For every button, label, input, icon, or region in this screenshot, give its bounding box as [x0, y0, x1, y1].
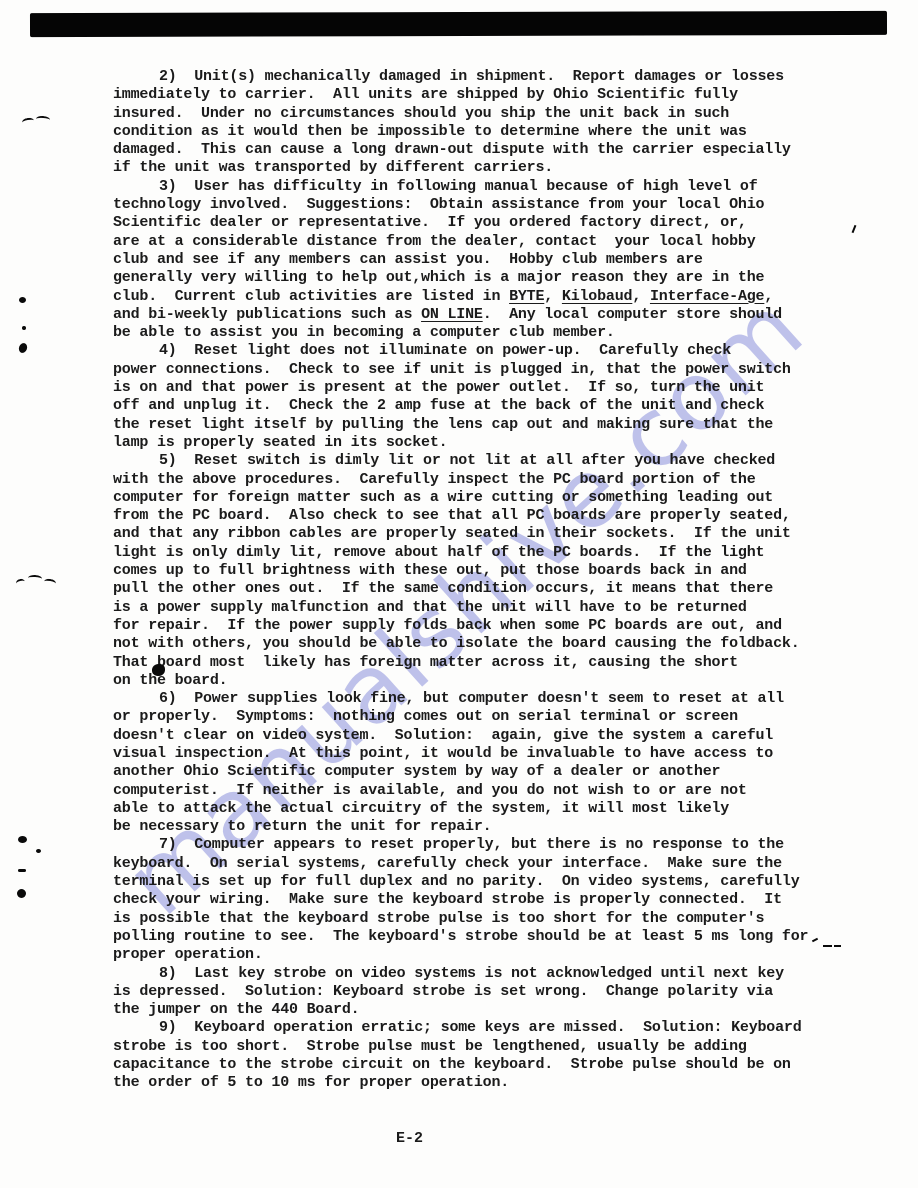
text-segment: capacitance to the strobe circuit on the… — [113, 1056, 791, 1073]
scan-speck — [18, 342, 29, 354]
underlined-title: BYTE — [509, 288, 544, 305]
text-line-p5: with the above procedures. Carefully ins… — [113, 471, 808, 489]
text-segment: doesn't clear on video system. Solution:… — [113, 727, 773, 744]
text-line-p2: immediately to carrier. All units are sh… — [113, 86, 808, 104]
text-line-p6: computerist. If neither is available, an… — [113, 782, 808, 800]
text-line-p5: pull the other ones out. If the same con… — [113, 580, 808, 598]
text-line-p2: condition as it would then be impossible… — [113, 123, 808, 141]
text-segment: the jumper on the 440 Board. — [113, 1001, 359, 1018]
text-segment: 7) Computer appears to reset properly, b… — [159, 836, 784, 853]
text-line-p7: check your wiring. Make sure the keyboar… — [113, 891, 808, 909]
text-segment: and that any ribbon cables are properly … — [113, 525, 791, 542]
text-line-p6: be necessary to return the unit for repa… — [113, 818, 808, 836]
text-line-p9: capacitance to the strobe circuit on the… — [113, 1056, 808, 1074]
text-segment: terminal is set up for full duplex and n… — [113, 873, 800, 890]
text-line-p2: if the unit was transported by different… — [113, 159, 808, 177]
text-line-p5: computer for foreign matter such as a wi… — [113, 489, 808, 507]
text-segment: keyboard. On serial systems, carefully c… — [113, 855, 782, 872]
text-line-p5: from the PC board. Also check to see tha… — [113, 507, 808, 525]
text-segment: . Any local computer store should — [483, 306, 782, 323]
text-line-p5: comes up to full brightness with these o… — [113, 562, 808, 580]
text-segment: is possible that the keyboard strobe pul… — [113, 910, 764, 927]
underlined-title: ON LINE — [421, 306, 483, 323]
text-segment: another Ohio Scientific computer system … — [113, 763, 720, 780]
text-line-p5: not with others, you should be able to i… — [113, 635, 808, 653]
text-line-p7: keyboard. On serial systems, carefully c… — [113, 855, 808, 873]
text-segment: club. Current club activities are listed… — [113, 288, 509, 305]
text-segment: 2) Unit(s) mechanically damaged in shipm… — [159, 68, 784, 85]
text-segment: for repair. If the power supply folds ba… — [113, 617, 782, 634]
text-segment: the order of 5 to 10 ms for proper opera… — [113, 1074, 509, 1091]
text-line-p9: 9) Keyboard operation erratic; some keys… — [113, 1019, 808, 1037]
text-segment: 8) Last key strobe on video systems is n… — [159, 965, 784, 982]
text-line-p3: technology involved. Suggestions: Obtain… — [113, 196, 808, 214]
text-line-p5: That board most likely has foreign matte… — [113, 654, 808, 672]
text-segment: strobe is too short. Strobe pulse must b… — [113, 1038, 747, 1055]
text-segment: That board most likely has foreign matte… — [113, 654, 738, 671]
text-segment: able to attack the actual circuitry of t… — [113, 800, 729, 817]
text-segment: from the PC board. Also check to see tha… — [113, 507, 791, 524]
text-segment: be able to assist you in becoming a comp… — [113, 324, 615, 341]
text-line-p3: club. Current club activities are listed… — [113, 288, 808, 306]
text-line-p7: proper operation. — [113, 946, 808, 964]
text-segment: not with others, you should be able to i… — [113, 635, 800, 652]
text-segment: check your wiring. Make sure the keyboar… — [113, 891, 782, 908]
text-segment: , — [764, 288, 773, 305]
text-line-p5: is a power supply malfunction and that t… — [113, 599, 808, 617]
text-segment: with the above procedures. Carefully ins… — [113, 471, 756, 488]
text-segment: computerist. If neither is available, an… — [113, 782, 747, 799]
text-line-p3: generally very willing to help out,which… — [113, 269, 808, 287]
text-segment: computer for foreign matter such as a wi… — [113, 489, 773, 506]
text-segment: visual inspection. At this point, it wou… — [113, 745, 773, 762]
text-line-p4: off and unplug it. Check the 2 amp fuse … — [113, 397, 808, 415]
scan-speck — [36, 849, 41, 853]
text-segment: be necessary to return the unit for repa… — [113, 818, 491, 835]
text-line-p6: another Ohio Scientific computer system … — [113, 763, 808, 781]
text-segment: , — [544, 288, 562, 305]
text-line-p8: 8) Last key strobe on video systems is n… — [113, 965, 808, 983]
text-segment: condition as it would then be impossible… — [113, 123, 747, 140]
text-line-p3: club and see if any members can assist y… — [113, 251, 808, 269]
scan-speck — [19, 297, 26, 303]
scan-speck — [823, 945, 832, 947]
text-segment: pull the other ones out. If the same con… — [113, 580, 773, 597]
text-segment: lamp is properly seated in its socket. — [113, 434, 447, 451]
text-line-p7: is possible that the keyboard strobe pul… — [113, 910, 808, 928]
text-segment: power connections. Check to see if unit … — [113, 361, 791, 378]
text-segment: are at a considerable distance from the … — [113, 233, 756, 250]
text-segment: 9) Keyboard operation erratic; some keys… — [159, 1019, 802, 1036]
text-line-p7: terminal is set up for full duplex and n… — [113, 873, 808, 891]
text-segment: on the board. — [113, 672, 227, 689]
scan-squiggle — [21, 117, 34, 126]
text-segment: polling routine to see. The keyboard's s… — [113, 928, 808, 945]
text-segment: light is only dimly lit, remove about ha… — [113, 544, 764, 561]
text-segment: 3) User has difficulty in following manu… — [159, 178, 758, 195]
text-line-p8: is depressed. Solution: Keyboard strobe … — [113, 983, 808, 1001]
text-line-p4: power connections. Check to see if unit … — [113, 361, 808, 379]
ink-blotch — [152, 664, 165, 676]
text-segment: is depressed. Solution: Keyboard strobe … — [113, 983, 773, 1000]
text-line-p4: lamp is properly seated in its socket. — [113, 434, 808, 452]
text-segment: club and see if any members can assist y… — [113, 251, 703, 268]
document-text: 2) Unit(s) mechanically damaged in shipm… — [113, 68, 808, 1093]
text-line-p2: 2) Unit(s) mechanically damaged in shipm… — [113, 68, 808, 86]
text-line-p6: or properly. Symptoms: nothing comes out… — [113, 708, 808, 726]
scan-squiggle — [28, 575, 42, 583]
scan-speck — [812, 938, 818, 943]
text-segment: Scientific dealer or representative. If … — [113, 214, 747, 231]
scan-squiggle — [36, 116, 50, 124]
text-segment: , — [632, 288, 650, 305]
text-line-p5: 5) Reset switch is dimly lit or not lit … — [113, 452, 808, 470]
text-segment: or properly. Symptoms: nothing comes out… — [113, 708, 738, 725]
text-segment: and bi-weekly publications such as — [113, 306, 421, 323]
underlined-title: Kilobaud — [562, 288, 632, 305]
text-line-p7: polling routine to see. The keyboard's s… — [113, 928, 808, 946]
text-segment: 4) Reset light does not illuminate on po… — [159, 342, 731, 359]
text-segment: off and unplug it. Check the 2 amp fuse … — [113, 397, 764, 414]
scan-artifact-bar — [30, 11, 887, 37]
scan-speck — [834, 945, 841, 947]
text-segment: is a power supply malfunction and that t… — [113, 599, 747, 616]
text-line-p3: be able to assist you in becoming a comp… — [113, 324, 808, 342]
text-segment: damaged. This can cause a long drawn-out… — [113, 141, 791, 158]
scan-speck — [18, 869, 26, 872]
text-line-p9: strobe is too short. Strobe pulse must b… — [113, 1038, 808, 1056]
text-line-p2: damaged. This can cause a long drawn-out… — [113, 141, 808, 159]
text-segment: 6) Power supplies look fine, but compute… — [159, 690, 784, 707]
scan-squiggle — [43, 578, 56, 587]
scan-speck — [22, 326, 26, 330]
scan-squiggle — [15, 578, 25, 587]
text-line-p3: are at a considerable distance from the … — [113, 233, 808, 251]
text-segment: insured. Under no circumstances should y… — [113, 105, 729, 122]
text-line-p5: for repair. If the power supply folds ba… — [113, 617, 808, 635]
text-segment: is on and that power is present at the p… — [113, 379, 764, 396]
scan-speck — [17, 889, 26, 898]
text-line-p5: on the board. — [113, 672, 808, 690]
text-line-p4: 4) Reset light does not illuminate on po… — [113, 342, 808, 360]
text-segment: technology involved. Suggestions: Obtain… — [113, 196, 764, 213]
underlined-title: Interface-Age — [650, 288, 764, 305]
text-line-p4: is on and that power is present at the p… — [113, 379, 808, 397]
text-segment: if the unit was transported by different… — [113, 159, 553, 176]
text-segment: the reset light itself by pulling the le… — [113, 416, 773, 433]
text-line-p2: insured. Under no circumstances should y… — [113, 105, 808, 123]
text-segment: proper operation. — [113, 946, 263, 963]
text-line-p3: 3) User has difficulty in following manu… — [113, 178, 808, 196]
text-line-p3: Scientific dealer or representative. If … — [113, 214, 808, 232]
scanned-manual-page: manualshive.com 2) Unit(s) mechanically … — [0, 0, 918, 1188]
text-line-p6: able to attack the actual circuitry of t… — [113, 800, 808, 818]
text-segment: immediately to carrier. All units are sh… — [113, 86, 738, 103]
scan-speck — [18, 836, 27, 843]
text-line-p3: and bi-weekly publications such as ON LI… — [113, 306, 808, 324]
text-segment: generally very willing to help out,which… — [113, 269, 764, 286]
page-number: E-2 — [396, 1130, 423, 1147]
text-segment: 5) Reset switch is dimly lit or not lit … — [159, 452, 775, 469]
text-line-p8: the jumper on the 440 Board. — [113, 1001, 808, 1019]
text-line-p6: 6) Power supplies look fine, but compute… — [113, 690, 808, 708]
text-line-p6: visual inspection. At this point, it wou… — [113, 745, 808, 763]
text-line-p5: light is only dimly lit, remove about ha… — [113, 544, 808, 562]
text-line-p9: the order of 5 to 10 ms for proper opera… — [113, 1074, 808, 1092]
text-line-p6: doesn't clear on video system. Solution:… — [113, 727, 808, 745]
text-segment: comes up to full brightness with these o… — [113, 562, 747, 579]
scan-speck — [852, 225, 857, 233]
text-line-p5: and that any ribbon cables are properly … — [113, 525, 808, 543]
text-line-p7: 7) Computer appears to reset properly, b… — [113, 836, 808, 854]
text-line-p4: the reset light itself by pulling the le… — [113, 416, 808, 434]
